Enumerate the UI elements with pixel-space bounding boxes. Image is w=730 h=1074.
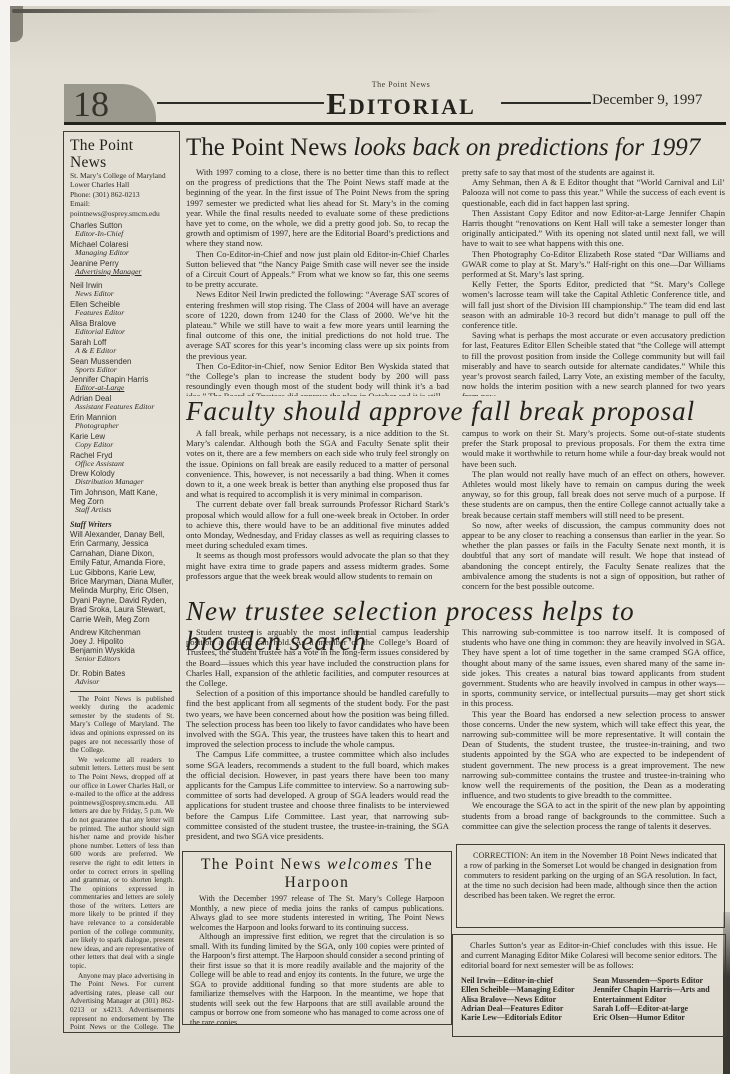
senior-editor-name: Andrew Kitchenman xyxy=(70,628,174,637)
article-fall-break-body: A fall break, while perhaps not necessar… xyxy=(186,428,726,594)
article-paragraph: With the December 1997 release of The St… xyxy=(190,894,444,932)
article-paragraph: campus to work on their St. Mary’s proje… xyxy=(462,428,725,469)
board-entry: Ellen Scheible—Managing Editor xyxy=(461,985,585,994)
correction-box: CORRECTION: An item in the November 18 P… xyxy=(456,844,725,928)
headline-fall-break: Faculty should approve fall break propos… xyxy=(186,396,726,426)
headline-roman: The Point News xyxy=(201,856,327,873)
article-paragraph: This year the Board has endorsed a new s… xyxy=(462,709,725,801)
staff-entry: Neil IrwinNews Editor xyxy=(70,281,174,299)
article-paragraph: Then Co-Editor-in-Chief and now just pla… xyxy=(186,249,449,290)
board-entry: Jennifer Chapin Harris—Arts and Entertai… xyxy=(593,985,717,1004)
article-trustee-body: Student trustee is arguably the most inf… xyxy=(186,627,726,849)
article-paragraph: Selection of a position of this importan… xyxy=(186,688,449,749)
staff-title: Advertising Manager xyxy=(70,268,174,277)
staff-entry: Drew KolodyDistribution Manager xyxy=(70,469,174,487)
board-entry: Karie Lew—Editorials Editor xyxy=(461,1013,585,1022)
page-number-tab: 18 xyxy=(64,84,156,124)
staff-title: Staff Artists xyxy=(70,506,174,515)
staff-title: Distribution Manager xyxy=(70,478,174,487)
policy-paragraph: Anyone may place advertising in The Poin… xyxy=(70,972,174,1033)
header-rule-right xyxy=(501,102,591,104)
article-paragraph: A fall break, while perhaps not necessar… xyxy=(186,428,449,499)
article-paragraph: Student trustee is arguably the most inf… xyxy=(186,627,449,688)
advisor-title: Advisor xyxy=(70,678,174,687)
article-column: With 1997 coming to a close, there is no… xyxy=(186,167,449,396)
board-entry: Sean Mussenden—Sports Editor xyxy=(593,976,717,985)
page-number: 18 xyxy=(73,84,109,124)
staff-writers-label: Staff Writers xyxy=(70,520,174,530)
staff-title: Editorial Editor xyxy=(70,328,174,337)
staff-entry: Jeanine PerryAdvertising Manager xyxy=(70,259,174,277)
masthead-policy: The Point News is published weekly durin… xyxy=(70,695,174,1033)
board-columns: Neil Irwin—Editor-in-chief Ellen Scheibl… xyxy=(461,976,717,1023)
board-entry: Neil Irwin—Editor-in-chief xyxy=(461,976,585,985)
editorial-board-box: Charles Sutton’s year as Editor-in-Chief… xyxy=(452,934,726,1037)
advisor-entry: Dr. Robin Bates Advisor xyxy=(70,669,174,687)
staff-title: News Editor xyxy=(70,290,174,299)
article-paragraph: Saving what is perhaps the most accurate… xyxy=(462,330,725,396)
staff-entry: Rachel FrydOffice Assistant xyxy=(70,451,174,469)
article-paragraph: The current debate over fall break surro… xyxy=(186,499,449,550)
staff-entry: Karie LewCopy Editor xyxy=(70,432,174,450)
scan-shadow-band xyxy=(12,9,442,13)
staff-entry: Sarah LoffA & E Editor xyxy=(70,338,174,356)
article-paragraph: Then Co-Editor-in-Chief, now Senior Edit… xyxy=(186,361,449,396)
headline-harpoon: The Point News welcomes The Harpoon xyxy=(190,856,444,892)
article-column: Student trustee is arguably the most inf… xyxy=(186,627,449,849)
policy-paragraph: We welcome all readers to submit letters… xyxy=(70,756,174,971)
article-paragraph: So now, after weeks of discussion, the c… xyxy=(462,520,725,591)
staff-title: Copy Editor xyxy=(70,441,174,450)
board-entry: Eric Olsen—Humor Editor xyxy=(593,1013,717,1022)
section-title: Editorial xyxy=(302,89,500,119)
article-paragraph: News Editor Neil Irwin predicted the fol… xyxy=(186,289,449,360)
article-column: campus to work on their St. Mary’s proje… xyxy=(462,428,725,594)
masthead-address: St. Mary’s College of Maryland Lower Cha… xyxy=(70,171,174,218)
staff-entry: Michael ColaresiManaging Editor xyxy=(70,240,174,258)
masthead-box: The Point News St. Mary’s College of Mar… xyxy=(63,131,180,1033)
staff-title: A & E Editor xyxy=(70,347,174,356)
board-entry: Alisa Bralove—News Editor xyxy=(461,995,585,1004)
staff-entry: Erin MannionPhotographer xyxy=(70,413,174,431)
staff-title: Editor-In-Chief xyxy=(70,230,174,239)
article-paragraph: With 1997 coming to a close, there is no… xyxy=(186,167,449,249)
article-column: pretty safe to say that most of the stud… xyxy=(462,167,725,396)
address-line: Phone: (301) 862-0213 xyxy=(70,190,174,199)
staff-title: Editor-at-Large xyxy=(70,384,174,393)
senior-editors-title: Senior Editors xyxy=(70,655,174,664)
staff-entry: Sean MussendenSports Editor xyxy=(70,357,174,375)
headline-predictions: The Point News looks back on predictions… xyxy=(186,133,726,163)
address-line: St. Mary’s College of Maryland xyxy=(70,171,174,180)
senior-editor-name: Joey J. Hipolito xyxy=(70,637,174,646)
staff-name: Tim Johnson, Matt Kane, Meg Zorn xyxy=(70,488,174,506)
article-paragraph: Then Photography Co-Editor Elizabeth Ros… xyxy=(462,249,725,280)
board-column-right: Sean Mussenden—Sports Editor Jennifer Ch… xyxy=(593,976,717,1023)
headline-roman: The Point News xyxy=(186,134,347,161)
article-predictions-body: With 1997 coming to a close, there is no… xyxy=(186,167,726,396)
staff-title: Office Assistant xyxy=(70,460,174,469)
headline-italic: looks back on predictions for 1997 xyxy=(347,134,700,161)
article-paragraph: The plan would not really have much of a… xyxy=(462,469,725,520)
harpoon-article-box: The Point News welcomes The Harpoon With… xyxy=(182,851,452,1025)
staff-entry: Alisa BraloveEditorial Editor xyxy=(70,319,174,337)
staff-title: Assistant Features Editor xyxy=(70,403,174,412)
board-column-left: Neil Irwin—Editor-in-chief Ellen Scheibl… xyxy=(461,976,585,1023)
header-rule-left xyxy=(157,102,324,104)
staff-title: Sports Editor xyxy=(70,366,174,375)
article-paragraph: We encourage the SGA to act in the spiri… xyxy=(462,800,725,831)
staff-entry: Jennifer Chapin HarrisEditor-at-Large xyxy=(70,375,174,393)
article-paragraph: Amy Sehman, then A & E Editor thought th… xyxy=(462,177,725,208)
article-paragraph: pretty safe to say that most of the stud… xyxy=(462,167,725,177)
article-column: This narrowing sub-committee is too narr… xyxy=(462,627,725,849)
senior-editors-entry: Andrew Kitchenman Joey J. Hipolito Benja… xyxy=(70,628,174,664)
staff-title: Features Editor xyxy=(70,309,174,318)
board-intro: Charles Sutton’s year as Editor-in-Chief… xyxy=(461,941,717,971)
address-line: Email: pointnews@osprey.smcm.edu xyxy=(70,199,174,218)
article-paragraph: It seems as though most professors would… xyxy=(186,550,449,581)
headline-italic: welcomes xyxy=(327,856,399,873)
article-paragraph: This narrowing sub-committee is too narr… xyxy=(462,627,725,709)
article-paragraph: Kelly Fetter, the Sports Editor, predict… xyxy=(462,279,725,330)
staff-writers-names: Will Alexander, Danay Bell, Erin Carmany… xyxy=(70,530,174,624)
policy-paragraph: The Point News is published weekly durin… xyxy=(70,695,174,755)
board-entry: Sarah Loff—Editor-at-large xyxy=(593,1004,717,1013)
article-column: A fall break, while perhaps not necessar… xyxy=(186,428,449,594)
article-paragraph: The Campus Life committee, a trustee com… xyxy=(186,749,449,841)
staff-title: Managing Editor xyxy=(70,249,174,258)
staff-title: Photographer xyxy=(70,422,174,431)
article-paragraph: Then Assistant Copy Editor and now Edito… xyxy=(462,208,725,249)
section-header: The Point News Editorial xyxy=(302,80,500,119)
article-paragraph: Although an impressive first edition, we… xyxy=(190,932,444,1025)
masthead-divider xyxy=(70,691,172,692)
address-line: Lower Charles Hall xyxy=(70,180,174,189)
staff-entry: Tim Johnson, Matt Kane, Meg ZornStaff Ar… xyxy=(70,488,174,515)
staff-entry: Charles SuttonEditor-In-Chief xyxy=(70,221,174,239)
staff-entry: Ellen ScheibleFeatures Editor xyxy=(70,300,174,318)
issue-date: December 9, 1997 xyxy=(592,92,730,109)
board-entry: Adrian Deal—Features Editor xyxy=(461,1004,585,1013)
staff-entry: Adrian DealAssistant Features Editor xyxy=(70,394,174,412)
correction-text: CORRECTION: An item in the November 18 P… xyxy=(464,851,717,901)
header-rule-bottom xyxy=(64,122,726,125)
masthead-title: The Point News xyxy=(70,137,174,171)
